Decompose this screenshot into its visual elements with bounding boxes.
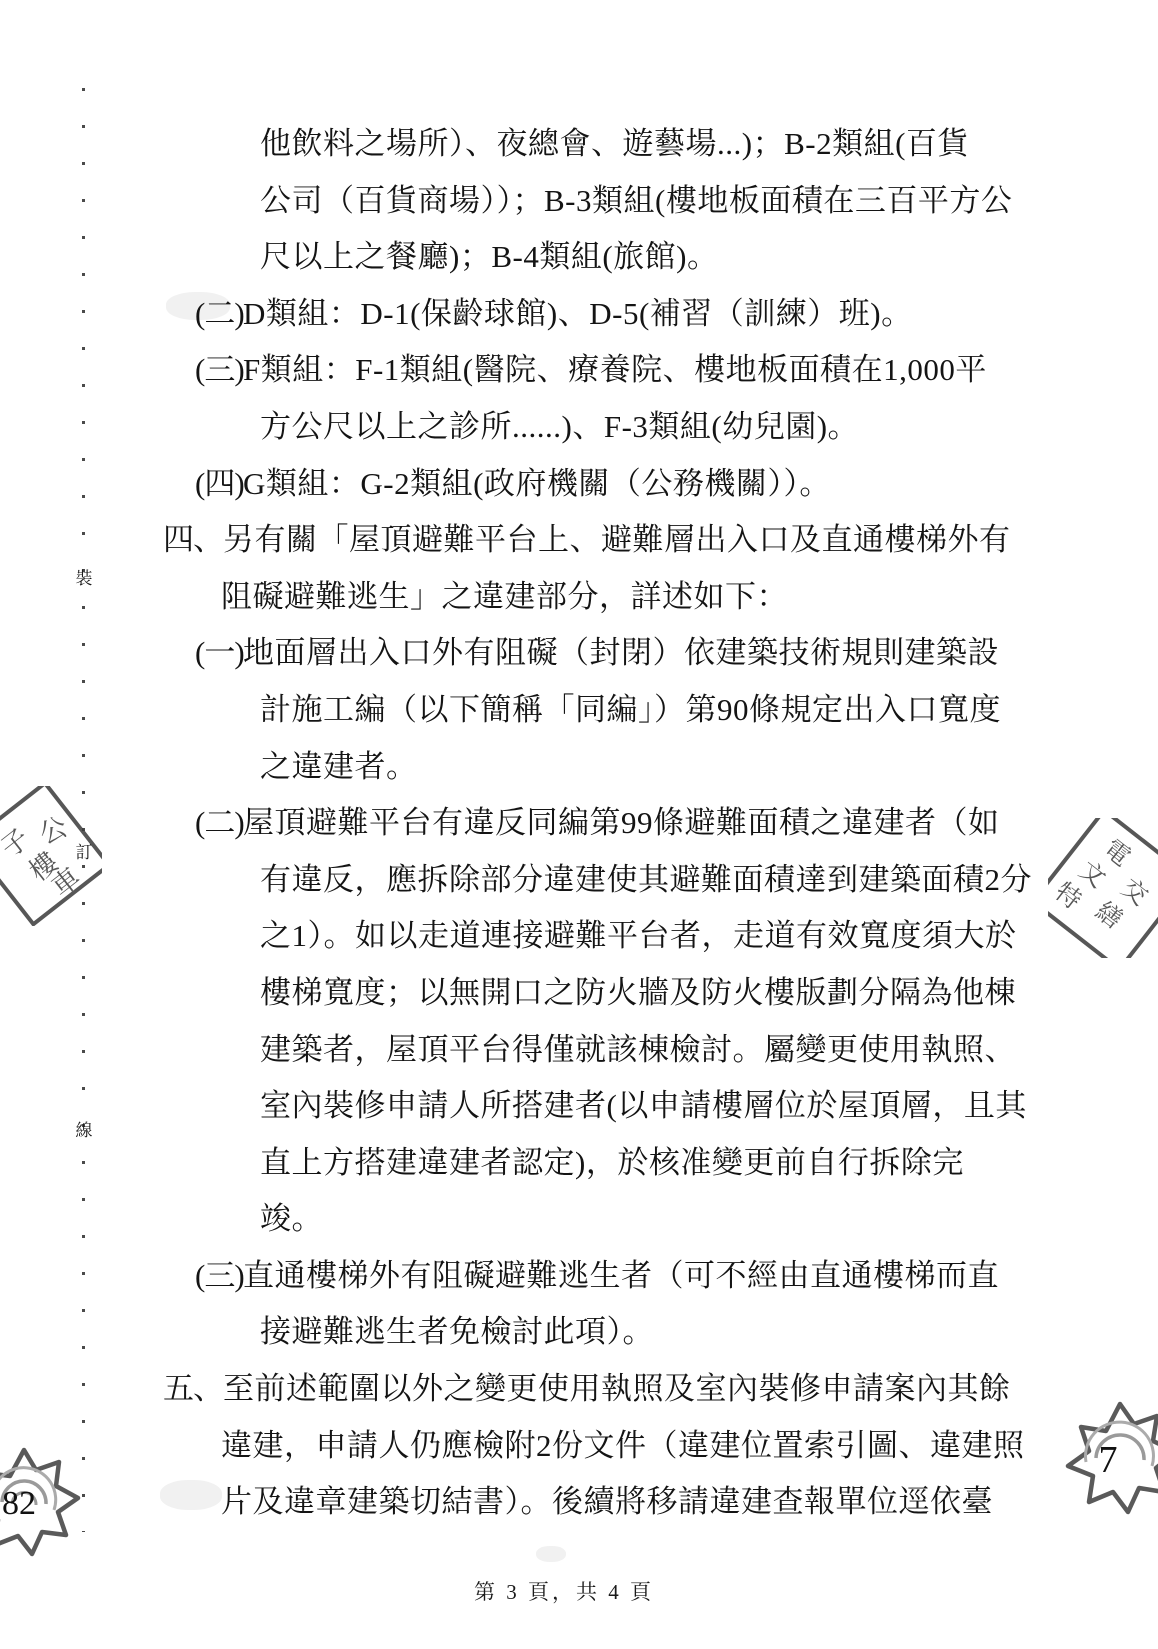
text-line: 片及違章建築切結書）。後續將移請違建查報單位逕依臺	[0, 1474, 1158, 1531]
item-label: (一)	[195, 625, 243, 682]
page-footer: 第 3 頁，共 4 頁	[474, 1576, 654, 1606]
text-line: (一)地面層出入口外有阻礙（封閉）依建築技術規則建築設	[0, 625, 1158, 682]
line-text: 直通樓梯外有阻礙避難逃生者（可不經由直通樓梯而直	[243, 1258, 999, 1293]
line-text: 樓梯寬度；以無開口之防火牆及防火樓版劃分隔為他棟	[260, 975, 1016, 1010]
item-label: (三)	[195, 342, 243, 399]
text-line: 四、另有關「屋頂避難平台上、避難層出入口及直通樓梯外有	[0, 512, 1158, 569]
text-line: 方公尺以上之診所......)、F-3類組(幼兒園)。	[0, 399, 1158, 456]
text-line: 尺以上之餐廳)；B-4類組(旅館)。	[0, 229, 1158, 286]
line-text: 接避難逃生者免檢討此項）。	[260, 1314, 654, 1349]
document-page: 裝 訂 線 他飲料之場所）、夜總會、遊藝場...)；B-2類組(百貨 公司（百貨…	[0, 0, 1158, 1649]
line-text: 有違反，應拆除部分違建使其避難面積達到建築面積2分	[260, 862, 1032, 897]
item-label: (二)	[195, 286, 243, 343]
left-seal-stamp: 子 公 樓 車	[0, 786, 102, 926]
text-line: 之1）。如以走道連接避難平台者，走道有效寬度須大於	[0, 908, 1158, 965]
right-star-number: 7	[1099, 1439, 1118, 1481]
line-text: 違建，申請人仍應檢附2份文件（違建位置索引圖、違建照	[221, 1428, 1025, 1463]
item-label: (二)	[195, 795, 243, 852]
right-star-stamp: 7	[1058, 1396, 1158, 1520]
line-text: 直上方搭建違建者認定)，於核准變更前自行拆除完	[260, 1145, 964, 1180]
text-line: (三)直通樓梯外有阻礙避難逃生者（可不經由直通樓梯而直	[0, 1248, 1158, 1305]
item-label: 五、	[163, 1361, 223, 1418]
seal-char: 公	[35, 811, 72, 849]
left-star-number: 82	[2, 1485, 36, 1522]
text-line: 竣。	[0, 1191, 1158, 1248]
text-line: 接避難逃生者免檢討此項）。	[0, 1304, 1158, 1361]
text-line: (四)G類組：G-2類組(政府機關（公務機關））。	[0, 456, 1158, 513]
text-line: 阻礙避難逃生」之違建部分，詳述如下：	[0, 569, 1158, 626]
line-text: 建築者，屋頂平台得僅就該棟檢討。屬變更使用執照、	[260, 1032, 1016, 1067]
text-line: 直上方搭建違建者認定)，於核准變更前自行拆除完	[0, 1135, 1158, 1192]
line-text: 他飲料之場所）、夜總會、遊藝場...)；B-2類組(百貨	[260, 126, 969, 161]
text-line: (二)屋頂避難平台有違反同編第99條避難面積之違建者（如	[0, 795, 1158, 852]
body-text: 他飲料之場所）、夜總會、遊藝場...)；B-2類組(百貨 公司（百貨商場））；B…	[0, 116, 1158, 1531]
line-text: G類組：G-2類組(政府機關（公務機關））。	[243, 466, 831, 501]
seal-char: 交	[1116, 874, 1153, 911]
line-text: 室內裝修申請人所搭建者(以申請樓層位於屋頂層，且其	[260, 1088, 1027, 1123]
text-line: (二)D類組：D-1(保齡球館)、D-5(補習（訓練）班)。	[0, 286, 1158, 343]
item-label: 四、	[163, 512, 223, 569]
text-line: 有違反，應拆除部分違建使其避難面積達到建築面積2分	[0, 852, 1158, 909]
line-text: 之1）。如以走道連接避難平台者，走道有效寬度須大於	[260, 918, 1017, 953]
right-seal-stamp: 電 交 文 繕 特	[1048, 818, 1158, 958]
line-text: 片及違章建築切結書）。後續將移請違建查報單位逕依臺	[221, 1484, 993, 1519]
text-line: 室內裝修申請人所搭建者(以申請樓層位於屋頂層，且其	[0, 1078, 1158, 1135]
left-star-stamp: 82	[0, 1440, 86, 1564]
line-text: 竣。	[260, 1201, 323, 1236]
text-line: 公司（百貨商場））；B-3類組(樓地板面積在三百平方公	[0, 173, 1158, 230]
line-text: 尺以上之餐廳)；B-4類組(旅館)。	[260, 239, 718, 274]
text-line: 違建，申請人仍應檢附2份文件（違建位置索引圖、違建照	[0, 1418, 1158, 1475]
scan-smudge	[536, 1546, 566, 1562]
text-line: 樓梯寬度；以無開口之防火牆及防火樓版劃分隔為他棟	[0, 965, 1158, 1022]
text-line: 之違建者。	[0, 739, 1158, 796]
line-text: 方公尺以上之診所......)、F-3類組(幼兒園)。	[260, 409, 859, 444]
seal-char: 繕	[1090, 897, 1127, 934]
line-text: 至前述範圍以外之變更使用執照及室內裝修申請案內其餘	[223, 1371, 1011, 1406]
text-line: 五、至前述範圍以外之變更使用執照及室內裝修申請案內其餘	[0, 1361, 1158, 1418]
line-text: 地面層出入口外有阻礙（封閉）依建築技術規則建築設	[243, 635, 999, 670]
line-text: 計施工編（以下簡稱「同編」）第90條規定出入口寬度	[260, 692, 1001, 727]
item-label: (三)	[195, 1248, 243, 1305]
line-text: D類組：D-1(保齡球館)、D-5(補習（訓練）班)。	[243, 296, 913, 331]
text-line: 他飲料之場所）、夜總會、遊藝場...)；B-2類組(百貨	[0, 116, 1158, 173]
line-text: 屋頂避難平台有違反同編第99條避難面積之違建者（如	[243, 805, 1000, 840]
text-line: 建築者，屋頂平台得僅就該棟檢討。屬變更使用執照、	[0, 1022, 1158, 1079]
line-text: 之違建者。	[260, 749, 418, 784]
text-line: 計施工編（以下簡稱「同編」）第90條規定出入口寬度	[0, 682, 1158, 739]
text-line: (三)F類組：F-1類組(醫院、療養院、樓地板面積在1,000平	[0, 342, 1158, 399]
item-label: (四)	[195, 456, 243, 513]
line-text: 另有關「屋頂避難平台上、避難層出入口及直通樓梯外有	[223, 522, 1011, 557]
line-text: 公司（百貨商場））；B-3類組(樓地板面積在三百平方公	[260, 183, 1012, 218]
line-text: F類組：F-1類組(醫院、療養院、樓地板面積在1,000平	[243, 352, 987, 387]
line-text: 阻礙避難逃生」之違建部分，詳述如下：	[221, 579, 788, 614]
